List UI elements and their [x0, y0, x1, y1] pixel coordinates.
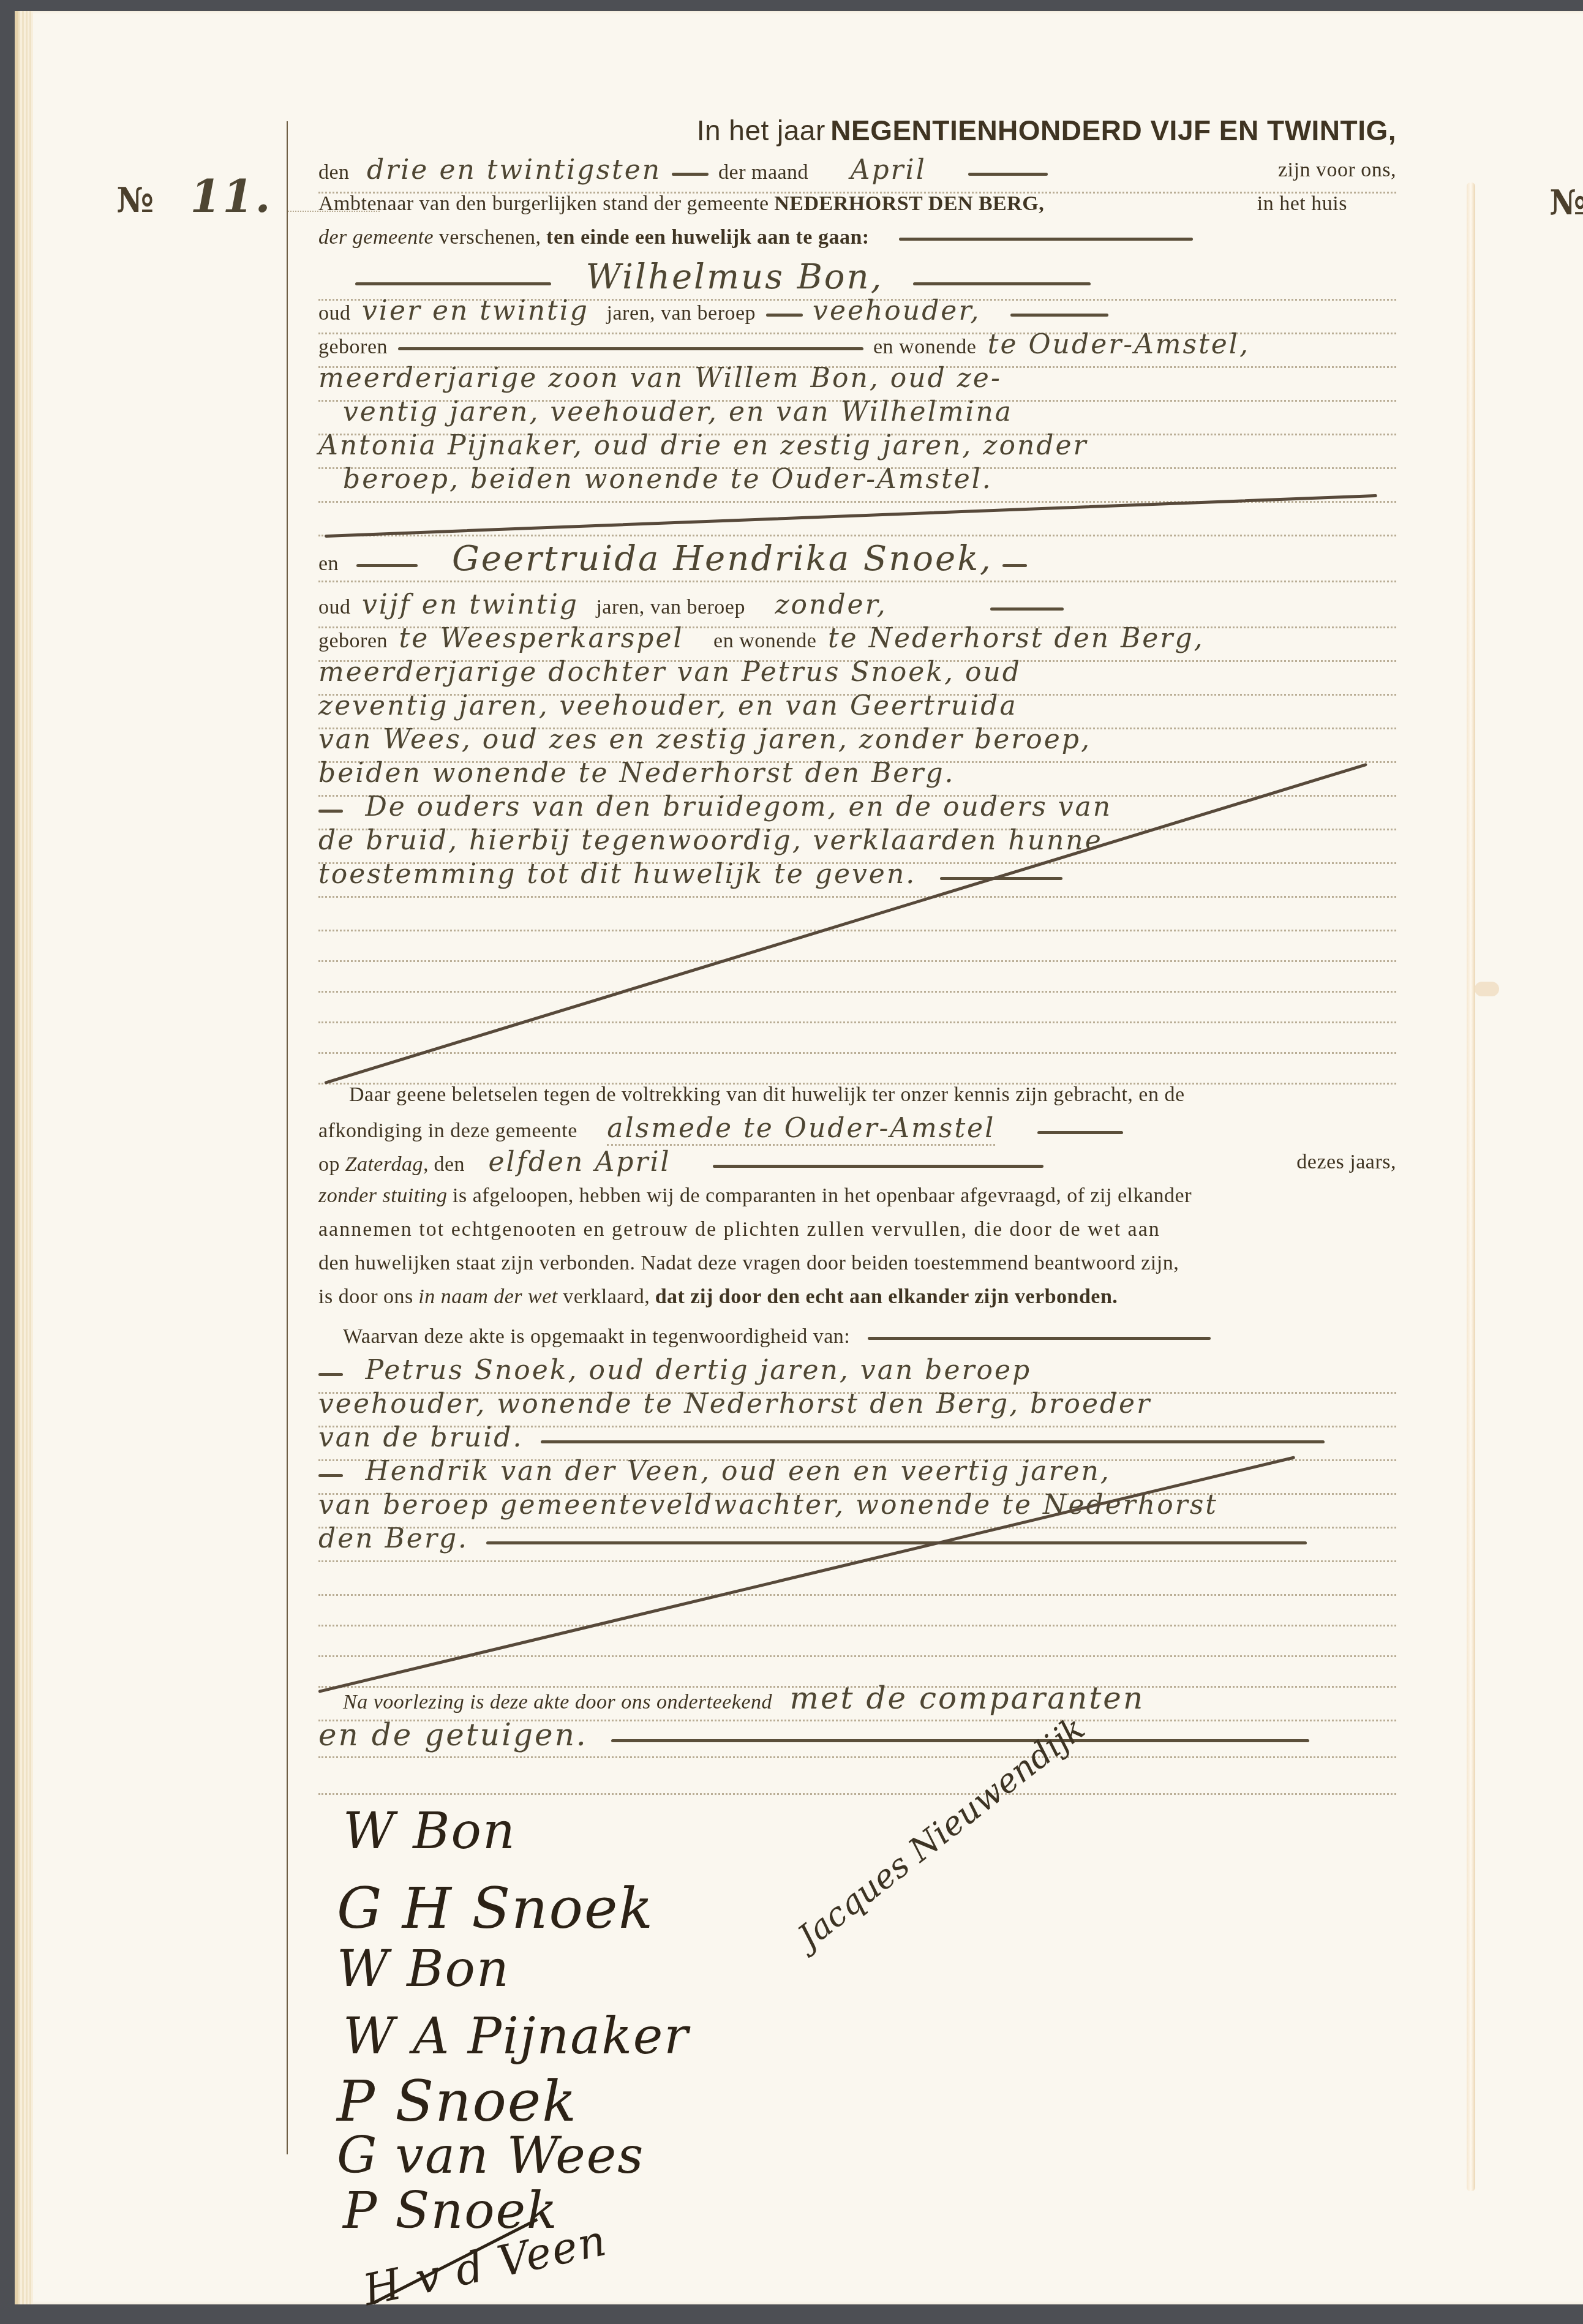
filler-dash: [611, 1739, 1309, 1742]
filler-dash: [868, 1337, 1211, 1340]
witness-text: den Berg.: [318, 1523, 468, 1554]
purpose-text: ten einde een huwelijk aan te gaan:: [546, 226, 870, 249]
purpose-line: der gemeente verschenen, ten einde een h…: [318, 216, 1396, 259]
verschenen: verschenen,: [439, 226, 541, 249]
der-maand-label: der maand: [718, 161, 808, 184]
filler-dash: [541, 1440, 1325, 1443]
signature: G H Snoek: [337, 1876, 654, 1941]
bride-birthplace: te Weesperkarspel: [399, 623, 684, 654]
document-page: № 11. № In het jaar NEGENTIENHONDERD VIJ…: [15, 11, 1583, 2304]
afkondiging-label: afkondiging in deze gemeente: [318, 1119, 577, 1142]
signature: G van Wees: [337, 2127, 644, 2185]
filler-dash: [318, 810, 343, 813]
wonende-label: en wonende: [873, 336, 976, 358]
jaren-van-beroep-label: jaren, van beroep: [607, 302, 756, 325]
groom-occupation: veehouder,: [813, 295, 981, 326]
filler-dash: [766, 314, 803, 317]
jaren-van-beroep-label: jaren, van beroep: [596, 596, 745, 619]
page-edge: [18, 11, 33, 2304]
filler-dash: [356, 564, 418, 567]
filler-dash: [318, 1373, 343, 1376]
signature: W Bon: [343, 1802, 516, 1860]
groom-residence: te Ouder-Amstel,: [988, 329, 1250, 360]
closing-hand-2: en de getuigen.: [318, 1717, 588, 1753]
op-label: op: [318, 1153, 340, 1176]
ambtenaar-text: Ambtenaar van den burgerlijken stand der…: [318, 192, 769, 215]
heading-line: In het jaar NEGENTIENHONDERD VIJF EN TWI…: [318, 109, 1396, 152]
verklaard: verklaard,: [563, 1285, 650, 1308]
der-gemeente: der gemeente: [318, 226, 434, 249]
oud-label: oud: [318, 302, 351, 325]
witness-text: van de bruid.: [318, 1422, 523, 1453]
closing-printed: Na voorlezing is deze akte door ons onde…: [343, 1691, 772, 1713]
filler-dash: [1002, 564, 1027, 567]
wonende-label: en wonende: [713, 630, 816, 652]
consent-text: De ouders van den bruidegom, en de ouder…: [366, 791, 1113, 822]
filler-dash: [355, 282, 551, 285]
oud-label: oud: [318, 596, 351, 619]
signature: P Snoek: [337, 2069, 577, 2134]
margin-rule: [287, 121, 288, 2154]
municipality: NEDERHORST DEN BERG,: [774, 192, 1044, 215]
filler-dash: [899, 238, 1193, 241]
bride-age: vijf en twintig: [362, 589, 579, 620]
declaration-bold: dat zij door den echt aan elkander zijn …: [655, 1285, 1118, 1308]
in-naam-der-wet: in naam der wet: [418, 1285, 558, 1308]
filler-dash: [318, 1474, 343, 1477]
banns-text: is door ons in naam der wet verklaard, d…: [318, 1276, 1396, 1318]
heading-prefix: In het jaar: [697, 115, 825, 146]
bride-name: Geertruida Hendrika Snoek,: [452, 539, 993, 579]
filler-dash: [672, 173, 709, 176]
witness-text: Petrus Snoek, oud dertig jaren, van bero…: [366, 1355, 1032, 1386]
filler-dash: [968, 173, 1048, 176]
filler-dash: [990, 607, 1064, 611]
filler-dash: [1037, 1131, 1123, 1134]
heading-year: NEGENTIENHONDERD VIJF EN TWINTIG,: [830, 115, 1396, 146]
en-label: en: [318, 552, 339, 575]
closing-hand-1: met de comparanten: [790, 1680, 1145, 1716]
filler-dash: [486, 1541, 1307, 1544]
banns-date: elfden April: [489, 1146, 671, 1178]
bride-occupation: zonder,: [775, 589, 887, 620]
signature: W Bon: [337, 1940, 510, 1998]
consent-text: toestemming tot dit huwelijk te geven.: [318, 859, 916, 890]
day-value: drie en twintigsten: [367, 154, 661, 186]
banns-text-start: is door ons: [318, 1285, 413, 1308]
banns-text-rest: is afgeloopen, hebben wij de comparanten…: [453, 1184, 1192, 1207]
filler-dash: [713, 1165, 1043, 1168]
signature: W A Pijnaker: [343, 2007, 690, 2066]
binding-knot: [1475, 982, 1499, 996]
groom-age: vier en twintig: [362, 295, 589, 326]
witness-text: Hendrik van der Veen, oud een en veertig…: [366, 1456, 1111, 1487]
empty-ruled-line: [318, 1750, 1396, 1795]
month-value: April: [851, 154, 927, 186]
filler-dash: [1010, 314, 1108, 317]
geboren-label: geboren: [318, 336, 388, 358]
filler-dash: [398, 347, 863, 350]
binding-thread: [1467, 182, 1475, 2191]
weekday: Zaterdag,: [345, 1153, 429, 1176]
den-label: den: [434, 1153, 465, 1176]
bride-residence: te Nederhorst den Berg,: [828, 623, 1205, 654]
zonder-stuiting: zonder stuiting: [318, 1184, 448, 1207]
den-label: den: [318, 161, 350, 184]
geboren-label: geboren: [318, 630, 388, 652]
witness-intro: Waarvan deze akte is opgemaakt in tegenw…: [343, 1325, 850, 1348]
record-number-label: №: [116, 180, 154, 220]
next-record-number-label: №: [1549, 182, 1583, 223]
filler-dash: [913, 282, 1091, 285]
record-number-value: 11.: [190, 170, 272, 222]
bride-name-line: en Geertruida Hendrika Snoek,: [318, 538, 1396, 582]
